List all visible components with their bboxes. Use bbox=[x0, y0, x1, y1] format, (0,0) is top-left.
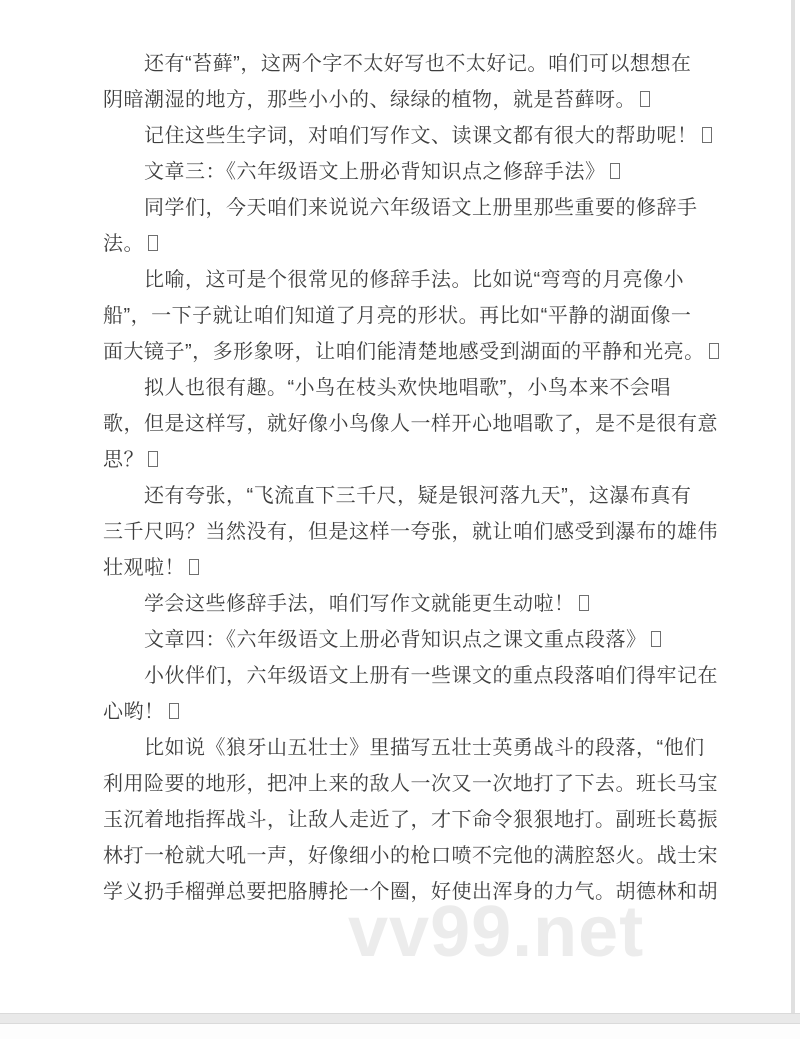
text-line: 阴暗潮湿的地方，那些小小的、绿绿的植物，就是苔藓呀。 bbox=[103, 82, 688, 118]
text-line: 同学们，今天咱们来说说六年级语文上册里那些重要的修辞手 bbox=[103, 190, 688, 226]
text-line: 壮观啦！ bbox=[103, 550, 688, 586]
text-line: 学义扔手榴弹总要把胳膊抡一个圈，好使出浑身的力气。胡德林和胡 bbox=[103, 874, 688, 910]
text-line: 学会这些修辞手法，咱们写作文就能更生动啦！ bbox=[103, 586, 688, 622]
text-line-content: 学会这些修辞手法，咱们写作文就能更生动啦！ bbox=[144, 593, 575, 615]
page-right-edge bbox=[791, 0, 795, 1013]
text-line: 拟人也很有趣。“小鸟在枝头欢快地唱歌”，小鸟本来不会唱 bbox=[103, 370, 688, 406]
text-line: 心哟！ bbox=[103, 694, 688, 730]
text-line-content: 文章四：《六年级语文上册必背知识点之课文重点段落》 bbox=[144, 629, 647, 651]
text-line-content: 同学们，今天咱们来说说六年级语文上册里那些重要的修辞手 bbox=[144, 197, 698, 219]
text-line-content: 法。 bbox=[103, 233, 144, 255]
text-line-content: 思？ bbox=[103, 449, 144, 471]
text-line: 林打一枪就大吼一声，好像细小的枪口喷不完他的满腔怒火。战士宋 bbox=[103, 838, 688, 874]
text-line-content: 三千尺吗？当然没有，但是这样一夸张，就让咱们感受到瀑布的雄伟 bbox=[103, 521, 718, 543]
text-line-content: 阴暗潮湿的地方，那些小小的、绿绿的植物，就是苔藓呀。 bbox=[103, 89, 636, 111]
text-line: 利用险要的地形，把冲上来的敌人一次又一次地打了下去。班长马宝 bbox=[103, 766, 688, 802]
text-line-content: 比喻，这可是个很常见的修辞手法。比如说“弯弯的月亮像小 bbox=[144, 269, 684, 291]
text-line: 三千尺吗？当然没有，但是这样一夸张，就让咱们感受到瀑布的雄伟 bbox=[103, 514, 688, 550]
paragraph-mark-icon bbox=[640, 91, 650, 107]
text-line-content: 还有夸张，“飞流直下三千尺，疑是银河落九天”，这瀑布真有 bbox=[144, 485, 691, 507]
text-line: 法。 bbox=[103, 226, 688, 262]
paragraph-mark-icon bbox=[702, 127, 712, 143]
text-line-content: 面大镜子”，多形象呀，让咱们能清楚地感受到湖面的平静和光亮。 bbox=[103, 341, 705, 363]
text-line-content: 林打一枪就大吼一声，好像细小的枪口喷不完他的满腔怒火。战士宋 bbox=[103, 845, 718, 867]
text-line-content: 比如说《狼牙山五壮士》里描写五壮士英勇战斗的段落，“他们 bbox=[144, 737, 705, 759]
text-line: 小伙伴们，六年级语文上册有一些课文的重点段落咱们得牢记在 bbox=[103, 658, 688, 694]
text-line-content: 利用险要的地形，把冲上来的敌人一次又一次地打了下去。班长马宝 bbox=[103, 773, 718, 795]
text-line: 比喻，这可是个很常见的修辞手法。比如说“弯弯的月亮像小 bbox=[103, 262, 688, 298]
text-line-content: 歌，但是这样写，就好像小鸟像人一样开心地唱歌了，是不是很有意 bbox=[103, 413, 718, 435]
text-line: 记住这些生字词，对咱们写作文、读课文都有很大的帮助呢！ bbox=[103, 118, 688, 154]
text-line-content: 拟人也很有趣。“小鸟在枝头欢快地唱歌”，小鸟本来不会唱 bbox=[144, 377, 671, 399]
paragraph-mark-icon bbox=[148, 235, 158, 251]
text-line-content: 船”，一下子就让咱们知道了月亮的形状。再比如“平静的湖面像一 bbox=[103, 305, 691, 327]
text-line: 面大镜子”，多形象呀，让咱们能清楚地感受到湖面的平静和光亮。 bbox=[103, 334, 688, 370]
text-line: 歌，但是这样写，就好像小鸟像人一样开心地唱歌了，是不是很有意 bbox=[103, 406, 688, 442]
text-line-content: 小伙伴们，六年级语文上册有一些课文的重点段落咱们得牢记在 bbox=[144, 665, 718, 687]
text-line-content: 文章三：《六年级语文上册必背知识点之修辞手法》 bbox=[144, 161, 606, 183]
text-line: 文章四：《六年级语文上册必背知识点之课文重点段落》 bbox=[103, 622, 688, 658]
paragraph-mark-icon bbox=[189, 559, 199, 575]
document-viewer: 还有“苔藓”，这两个字不太好写也不太好记。咱们可以想想在阴暗潮湿的地方，那些小小… bbox=[0, 0, 800, 1039]
text-line-content: 壮观啦！ bbox=[103, 557, 185, 579]
text-line: 比如说《狼牙山五壮士》里描写五壮士英勇战斗的段落，“他们 bbox=[103, 730, 688, 766]
paragraph-mark-icon bbox=[709, 343, 719, 359]
text-line-content: 学义扔手榴弹总要把胳膊抡一个圈，好使出浑身的力气。胡德林和胡 bbox=[103, 881, 718, 903]
text-line: 思？ bbox=[103, 442, 688, 478]
paragraph-mark-icon bbox=[169, 703, 179, 719]
page-gap bbox=[0, 1013, 800, 1024]
paragraph-mark-icon bbox=[610, 163, 620, 179]
text-line-content: 还有“苔藓”，这两个字不太好写也不太好记。咱们可以想想在 bbox=[144, 53, 691, 75]
text-line: 文章三：《六年级语文上册必背知识点之修辞手法》 bbox=[103, 154, 688, 190]
paragraph-mark-icon bbox=[148, 451, 158, 467]
text-line-content: 心哟！ bbox=[103, 701, 165, 723]
paragraph-mark-icon bbox=[651, 631, 661, 647]
text-line: 还有“苔藓”，这两个字不太好写也不太好记。咱们可以想想在 bbox=[103, 46, 688, 82]
text-line-content: 玉沉着地指挥战斗，让敌人走近了，才下命令狠狠地打。副班长葛振 bbox=[103, 809, 718, 831]
next-page-top bbox=[0, 1024, 800, 1039]
text-line: 玉沉着地指挥战斗，让敌人走近了，才下命令狠狠地打。副班长葛振 bbox=[103, 802, 688, 838]
document-page: 还有“苔藓”，这两个字不太好写也不太好记。咱们可以想想在阴暗潮湿的地方，那些小小… bbox=[0, 0, 791, 1013]
text-line: 还有夸张，“飞流直下三千尺，疑是银河落九天”，这瀑布真有 bbox=[103, 478, 688, 514]
text-line: 船”，一下子就让咱们知道了月亮的形状。再比如“平静的湖面像一 bbox=[103, 298, 688, 334]
document-body: 还有“苔藓”，这两个字不太好写也不太好记。咱们可以想想在阴暗潮湿的地方，那些小小… bbox=[103, 46, 688, 910]
paragraph-mark-icon bbox=[579, 595, 589, 611]
text-line-content: 记住这些生字词，对咱们写作文、读课文都有很大的帮助呢！ bbox=[144, 125, 698, 147]
